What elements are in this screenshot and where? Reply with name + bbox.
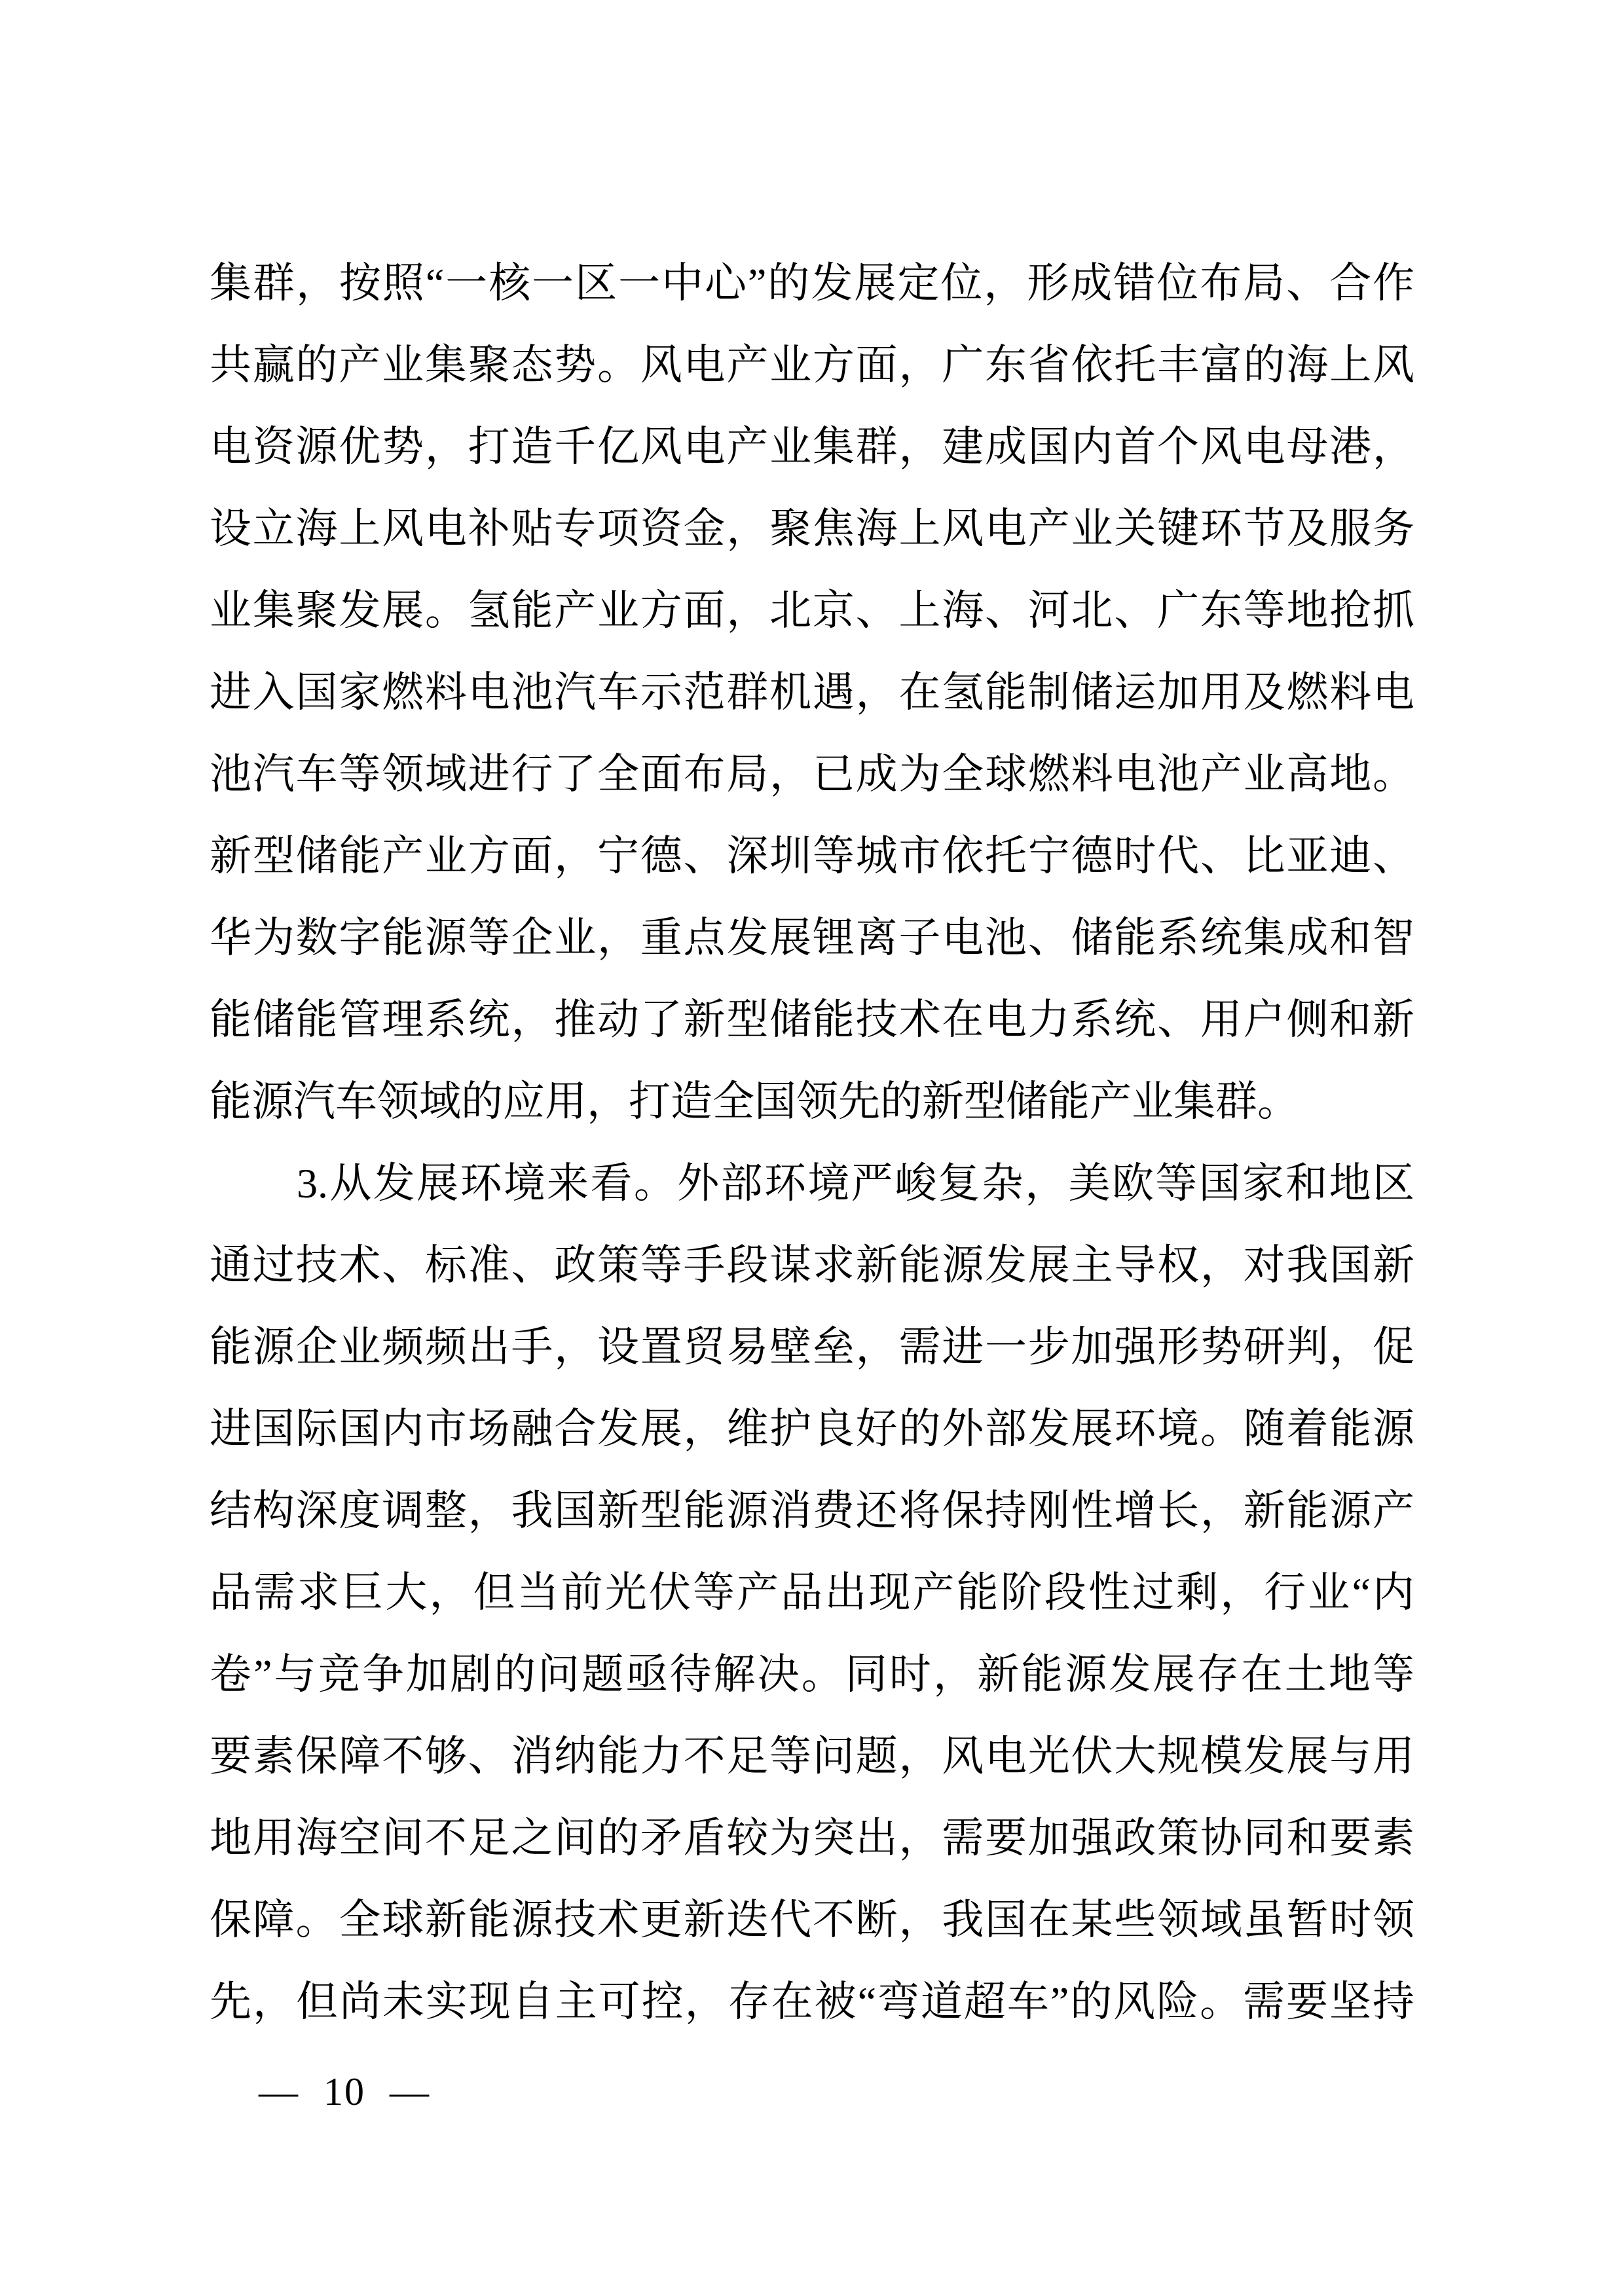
text-line: 池汽车等领域进行了全面布局，已成为全球燃料电池产业高地。 [210, 733, 1414, 815]
text-line: 能源汽车领域的应用，打造全国领先的新型储能产业集群。 [210, 1061, 1414, 1142]
text-line: 华为数字能源等企业，重点发展锂离子电池、储能系统集成和智 [210, 897, 1414, 979]
text-line: 要素保障不够、消纳能力不足等问题，风电光伏大规模发展与用 [210, 1715, 1414, 1797]
text-line: 集群，按照“一核一区一中心”的发展定位，形成错位布局、合作 [210, 242, 1414, 324]
text-line: 共赢的产业集聚态势。风电产业方面，广东省依托丰富的海上风 [210, 324, 1414, 406]
text-line: 品需求巨大，但当前光伏等产品出现产能阶段性过剩，行业“内 [210, 1552, 1414, 1633]
text-line: 结构深度调整，我国新型能源消费还将保持刚性增长，新能源产 [210, 1470, 1414, 1552]
text-line: 卷”与竞争加剧的问题亟待解决。同时，新能源发展存在土地等 [210, 1633, 1414, 1715]
text-line: 电资源优势，打造千亿风电产业集群，建成国内首个风电母港， [210, 406, 1414, 488]
text-line: 进入国家燃料电池汽车示范群机遇，在氢能制储运加用及燃料电 [210, 651, 1414, 733]
text-line: 能源企业频频出手，设置贸易壁垒，需进一步加强形势研判，促 [210, 1306, 1414, 1388]
text-line: 进国际国内市场融合发展，维护良好的外部发展环境。随着能源 [210, 1388, 1414, 1470]
text-line: 通过技术、标准、政策等手段谋求新能源发展主导权，对我国新 [210, 1224, 1414, 1306]
text-line: 3.从发展环境来看。外部环境严峻复杂，美欧等国家和地区 [210, 1142, 1414, 1224]
text-line: 先，但尚未实现自主可控，存在被“弯道超车”的风险。需要坚持 [210, 1961, 1414, 2043]
document-body: 集群，按照“一核一区一中心”的发展定位，形成错位布局、合作共赢的产业集聚态势。风… [210, 242, 1414, 2043]
text-line: 业集聚发展。氢能产业方面，北京、上海、河北、广东等地抢抓 [210, 570, 1414, 651]
text-line: 新型储能产业方面，宁德、深圳等城市依托宁德时代、比亚迪、 [210, 815, 1414, 897]
text-line: 能储能管理系统，推动了新型储能技术在电力系统、用户侧和新 [210, 979, 1414, 1061]
page-number: — 10 — [259, 2070, 430, 2113]
text-line: 设立海上风电补贴专项资金，聚焦海上风电产业关键环节及服务 [210, 488, 1414, 570]
document-page: 集群，按照“一核一区一中心”的发展定位，形成错位布局、合作共赢的产业集聚态势。风… [0, 0, 1624, 2296]
page-footer: — 10 — [259, 2066, 430, 2118]
text-line: 保障。全球新能源技术更新迭代不断，我国在某些领域虽暂时领 [210, 1879, 1414, 1961]
text-line: 地用海空间不足之间的矛盾较为突出，需要加强政策协同和要素 [210, 1797, 1414, 1879]
